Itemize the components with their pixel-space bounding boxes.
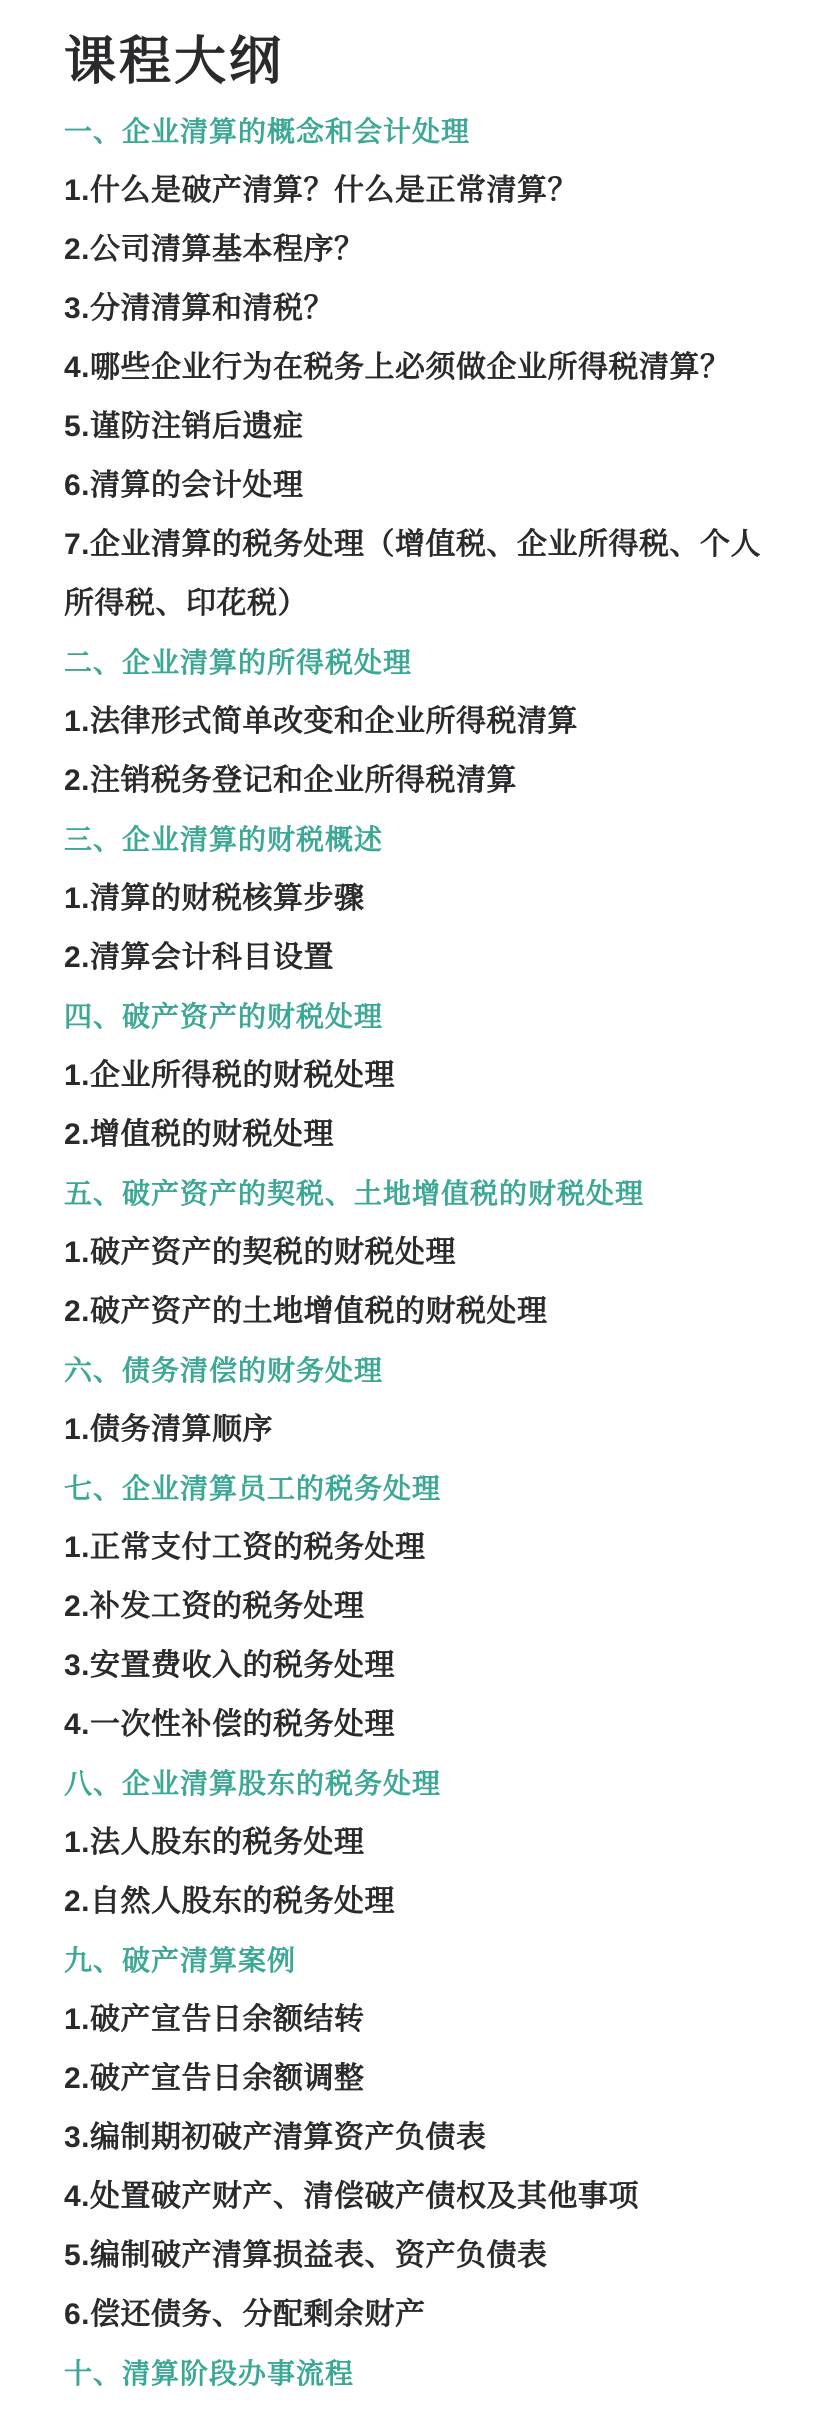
outline-item: 2.补发工资的税务处理 xyxy=(64,1577,764,1636)
outline-item: 2.破产资产的土地增值税的财税处理 xyxy=(64,1282,764,1341)
outline-item: 2.公司清算基本程序？ xyxy=(64,220,764,279)
section-heading-7: 七、企业清算员工的税务处理 xyxy=(64,1459,764,1518)
outline-item: 1.破产宣告日余额结转 xyxy=(64,1990,764,2049)
outline-item: 2.注销税务登记和企业所得税清算 xyxy=(64,751,764,810)
outline-item: 3.编制期初破产清算资产负债表 xyxy=(64,2108,764,2167)
section-heading-3: 三、企业清算的财税概述 xyxy=(64,810,764,869)
outline-item: 1.法律形式简单改变和企业所得税清算 xyxy=(64,692,764,751)
outline-item: 6.偿还债务、分配剩余财产 xyxy=(64,2285,764,2344)
outline-item: 1.什么是破产清算？什么是正常清算？ xyxy=(64,161,764,220)
section-heading-5: 五、破产资产的契税、土地增值税的财税处理 xyxy=(64,1164,764,1223)
outline-item: 1.法人股东的税务处理 xyxy=(64,1813,764,1872)
section-heading-4: 四、破产资产的财税处理 xyxy=(64,987,764,1046)
outline-item: 3.安置费收入的税务处理 xyxy=(64,1636,764,1695)
outline-item: 1.清算的财税核算步骤 xyxy=(64,869,764,928)
outline-item: 1.正常支付工资的税务处理 xyxy=(64,1518,764,1577)
outline-item: 1.企业所得税的财税处理 xyxy=(64,1046,764,1105)
outline-item: 5.编制破产清算损益表、资产负债表 xyxy=(64,2226,764,2285)
outline-item: 4.处置破产财产、清偿破产债权及其他事项 xyxy=(64,2167,764,2226)
outline-item: 4.一次性补偿的税务处理 xyxy=(64,1695,764,1754)
section-heading-2: 二、企业清算的所得税处理 xyxy=(64,633,764,692)
section-heading-1: 一、企业清算的概念和会计处理 xyxy=(64,102,764,161)
outline-item: 2.破产宣告日余额调整 xyxy=(64,2049,764,2108)
outline-item: 2.增值税的财税处理 xyxy=(64,1105,764,1164)
outline-item: 1.破产资产的契税的财税处理 xyxy=(64,1223,764,1282)
outline-item: 3.分清清算和清税？ xyxy=(64,279,764,338)
outline-item: 2.清算会计科目设置 xyxy=(64,928,764,987)
outline-item: 5.谨防注销后遗症 xyxy=(64,397,764,456)
outline-item: 2.自然人股东的税务处理 xyxy=(64,1872,764,1931)
outline-item: 7.企业清算的税务处理（增值税、企业所得税、个人所得税、印花税） xyxy=(64,515,764,633)
outline-item: 4.哪些企业行为在税务上必须做企业所得税清算？ xyxy=(64,338,764,397)
course-outline-page: 课程大纲 一、企业清算的概念和会计处理1.什么是破产清算？什么是正常清算？2.公… xyxy=(0,0,828,2432)
section-heading-10: 十、清算阶段办事流程 xyxy=(64,2344,764,2403)
outline-item: 6.清算的会计处理 xyxy=(64,456,764,515)
section-heading-9: 九、破产清算案例 xyxy=(64,1931,764,1990)
outline-list: 一、企业清算的概念和会计处理1.什么是破产清算？什么是正常清算？2.公司清算基本… xyxy=(64,102,778,2403)
page-title: 课程大纲 xyxy=(64,26,778,98)
section-heading-8: 八、企业清算股东的税务处理 xyxy=(64,1754,764,1813)
section-heading-6: 六、债务清偿的财务处理 xyxy=(64,1341,764,1400)
outline-item: 1.债务清算顺序 xyxy=(64,1400,764,1459)
